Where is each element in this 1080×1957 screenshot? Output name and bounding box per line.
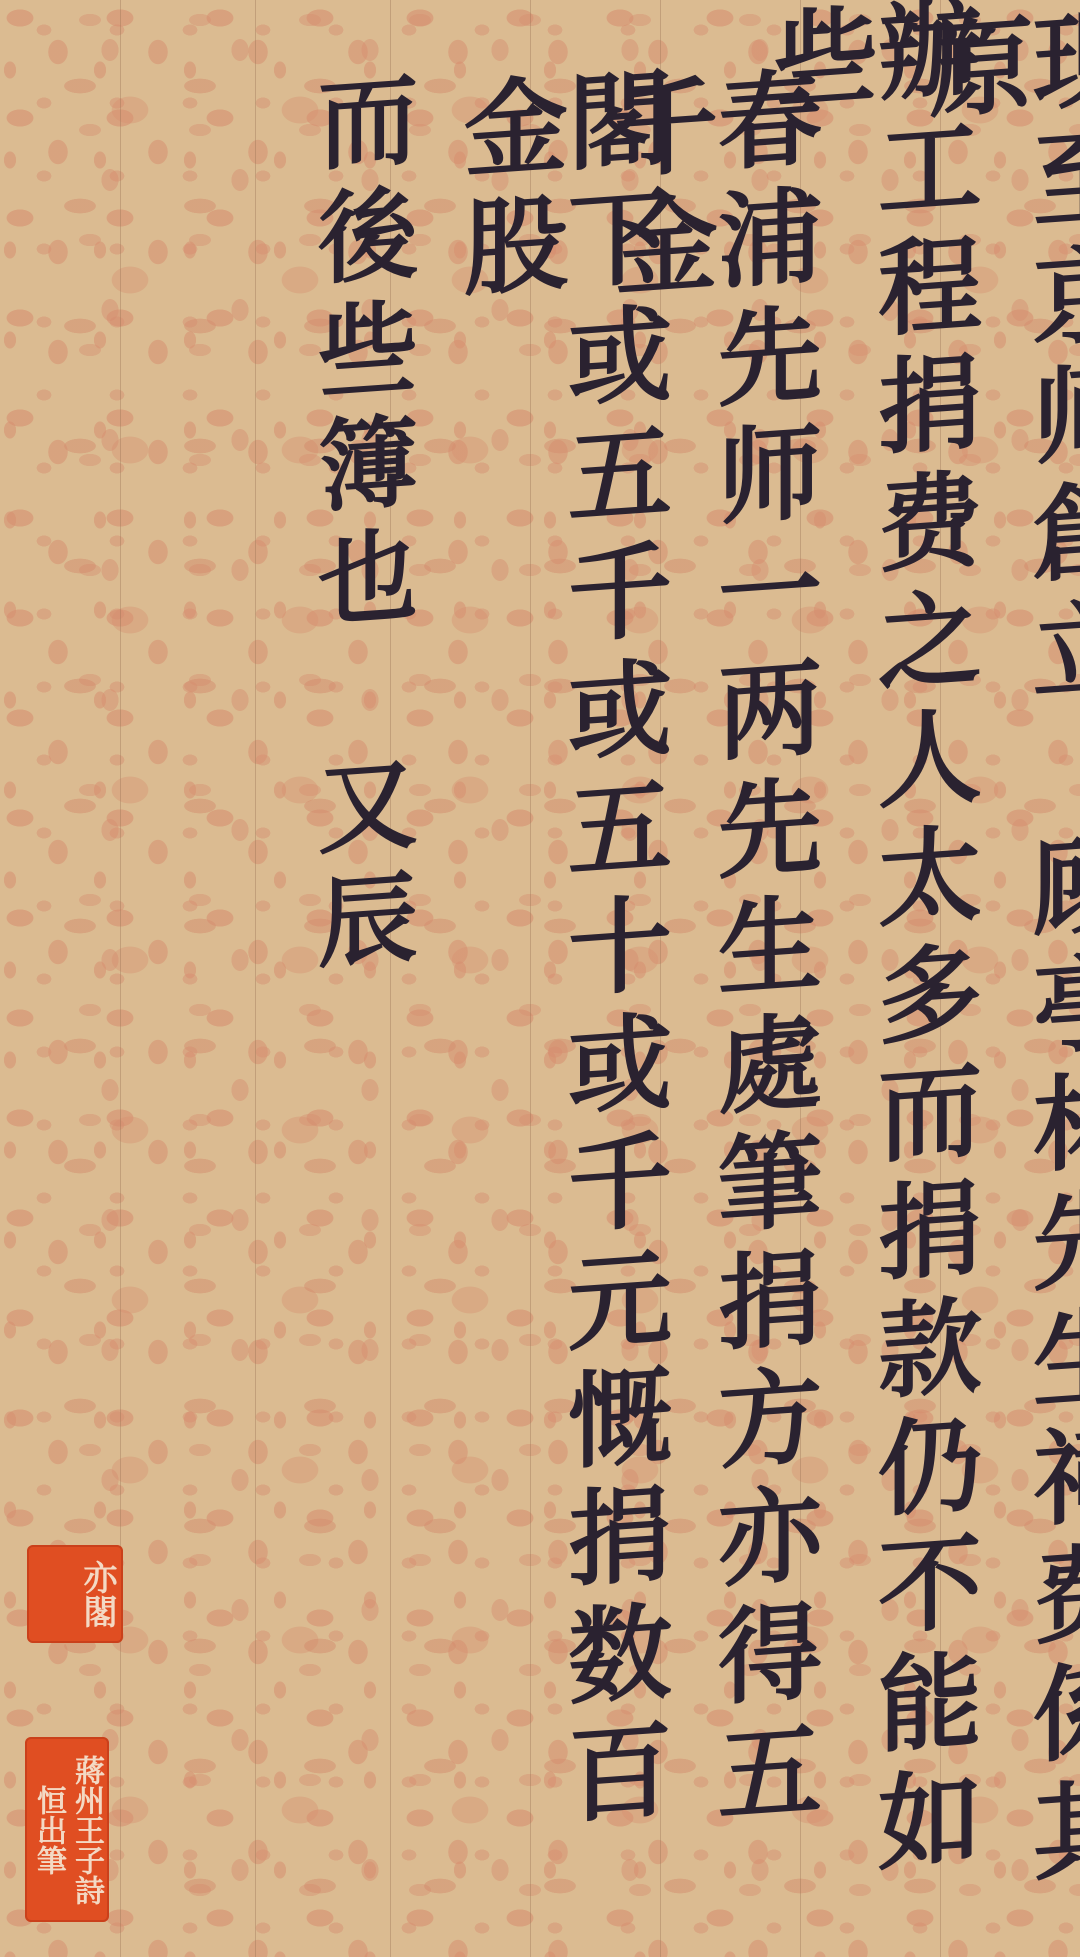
fold-line <box>120 0 121 1957</box>
square-seal: 亦閣 <box>27 1545 123 1643</box>
fold-line <box>255 0 256 1957</box>
text-column-4: 閣下或五千或五十或千元慨捐数百金股 <box>455 63 663 1957</box>
calligraphy-paper: 现至京师創立 顾亭林先生祠费係其原 辦工程捐费之人太多而捐款仍不能如些 春浦先师… <box>0 0 1080 1957</box>
rectangular-seal: 蔣州王子詩恒出筆 <box>25 1737 109 1922</box>
text-column-5: 而後些簿也 又辰 <box>310 67 410 986</box>
